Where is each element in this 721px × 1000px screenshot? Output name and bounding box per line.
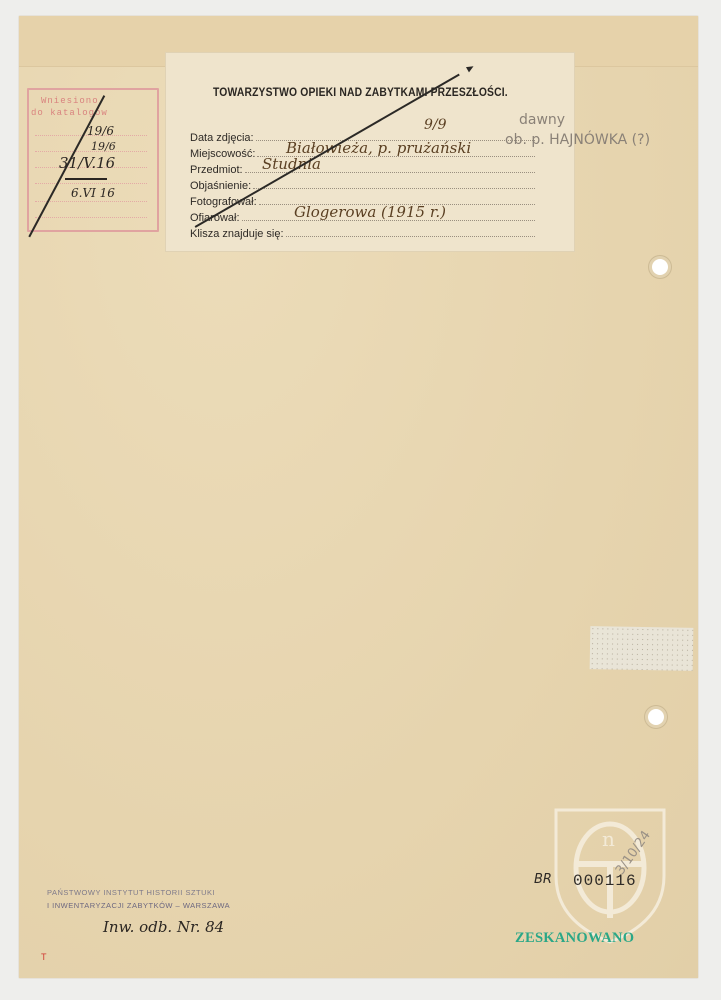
field-explanation: Objaśnienie: — [190, 176, 535, 192]
stamp-date-2: 19/6 — [91, 140, 116, 153]
svg-text:n: n — [602, 827, 615, 851]
field-plate-location: Klisza znajduje się: — [190, 224, 535, 240]
stamp-date-4: 6.VI 16 — [71, 186, 115, 200]
field-label: Przedmiot: — [190, 164, 243, 176]
scanned-label: ZESKANOWANO — [515, 930, 634, 947]
stamp-rule — [35, 216, 147, 218]
tape-strip — [590, 626, 694, 671]
field-label: Klisza znajduje się: — [190, 228, 284, 240]
corner-mark: T — [41, 952, 47, 962]
field-label: Miejscowość: — [190, 148, 255, 160]
document-sheet: Wniesiono do katalogów 19/6 19/6 31/V.16… — [19, 16, 698, 978]
field-label: Objaśnienie: — [190, 180, 251, 192]
stamp-rule — [35, 182, 147, 184]
society-title: TOWARZYSTWO OPIEKI NAD ZABYTKAMI PRZESZŁ… — [213, 85, 508, 99]
archive-prefix: BR — [534, 872, 552, 887]
pencil-note-line-1: dawny — [519, 112, 565, 128]
punch-hole — [648, 709, 664, 725]
stamp-line-1: Wniesiono — [41, 96, 99, 106]
value-donor: Glogerowa (1915 r.) — [294, 203, 446, 221]
institute-stamp-line-2: I INWENTARYZACJI ZABYTKÓW – WARSZAWA — [47, 901, 230, 910]
pencil-note-line-2: ob. p. HAJNÓWKA (?) — [505, 132, 650, 148]
catalogue-stamp: Wniesiono do katalogów 19/6 19/6 31/V.16… — [27, 88, 159, 232]
value-photo-date: 9/9 — [424, 117, 447, 133]
institute-stamp-line-1: PAŃSTWOWY INSTYTUT HISTORII SZTUKI — [47, 888, 215, 897]
stamp-date-1: 19/6 — [87, 124, 114, 138]
inventory-number: Inw. odb. Nr. 84 — [103, 918, 224, 936]
stamp-underline — [65, 178, 107, 180]
stamp-rule — [35, 200, 147, 202]
field-label: Data zdjęcia: — [190, 132, 254, 144]
field-label: Fotografował: — [190, 196, 257, 208]
photo-label-card: TOWARZYSTWO OPIEKI NAD ZABYTKAMI PRZESZŁ… — [165, 52, 575, 252]
punch-hole — [652, 259, 668, 275]
field-subject: Przedmiot: — [190, 160, 535, 176]
